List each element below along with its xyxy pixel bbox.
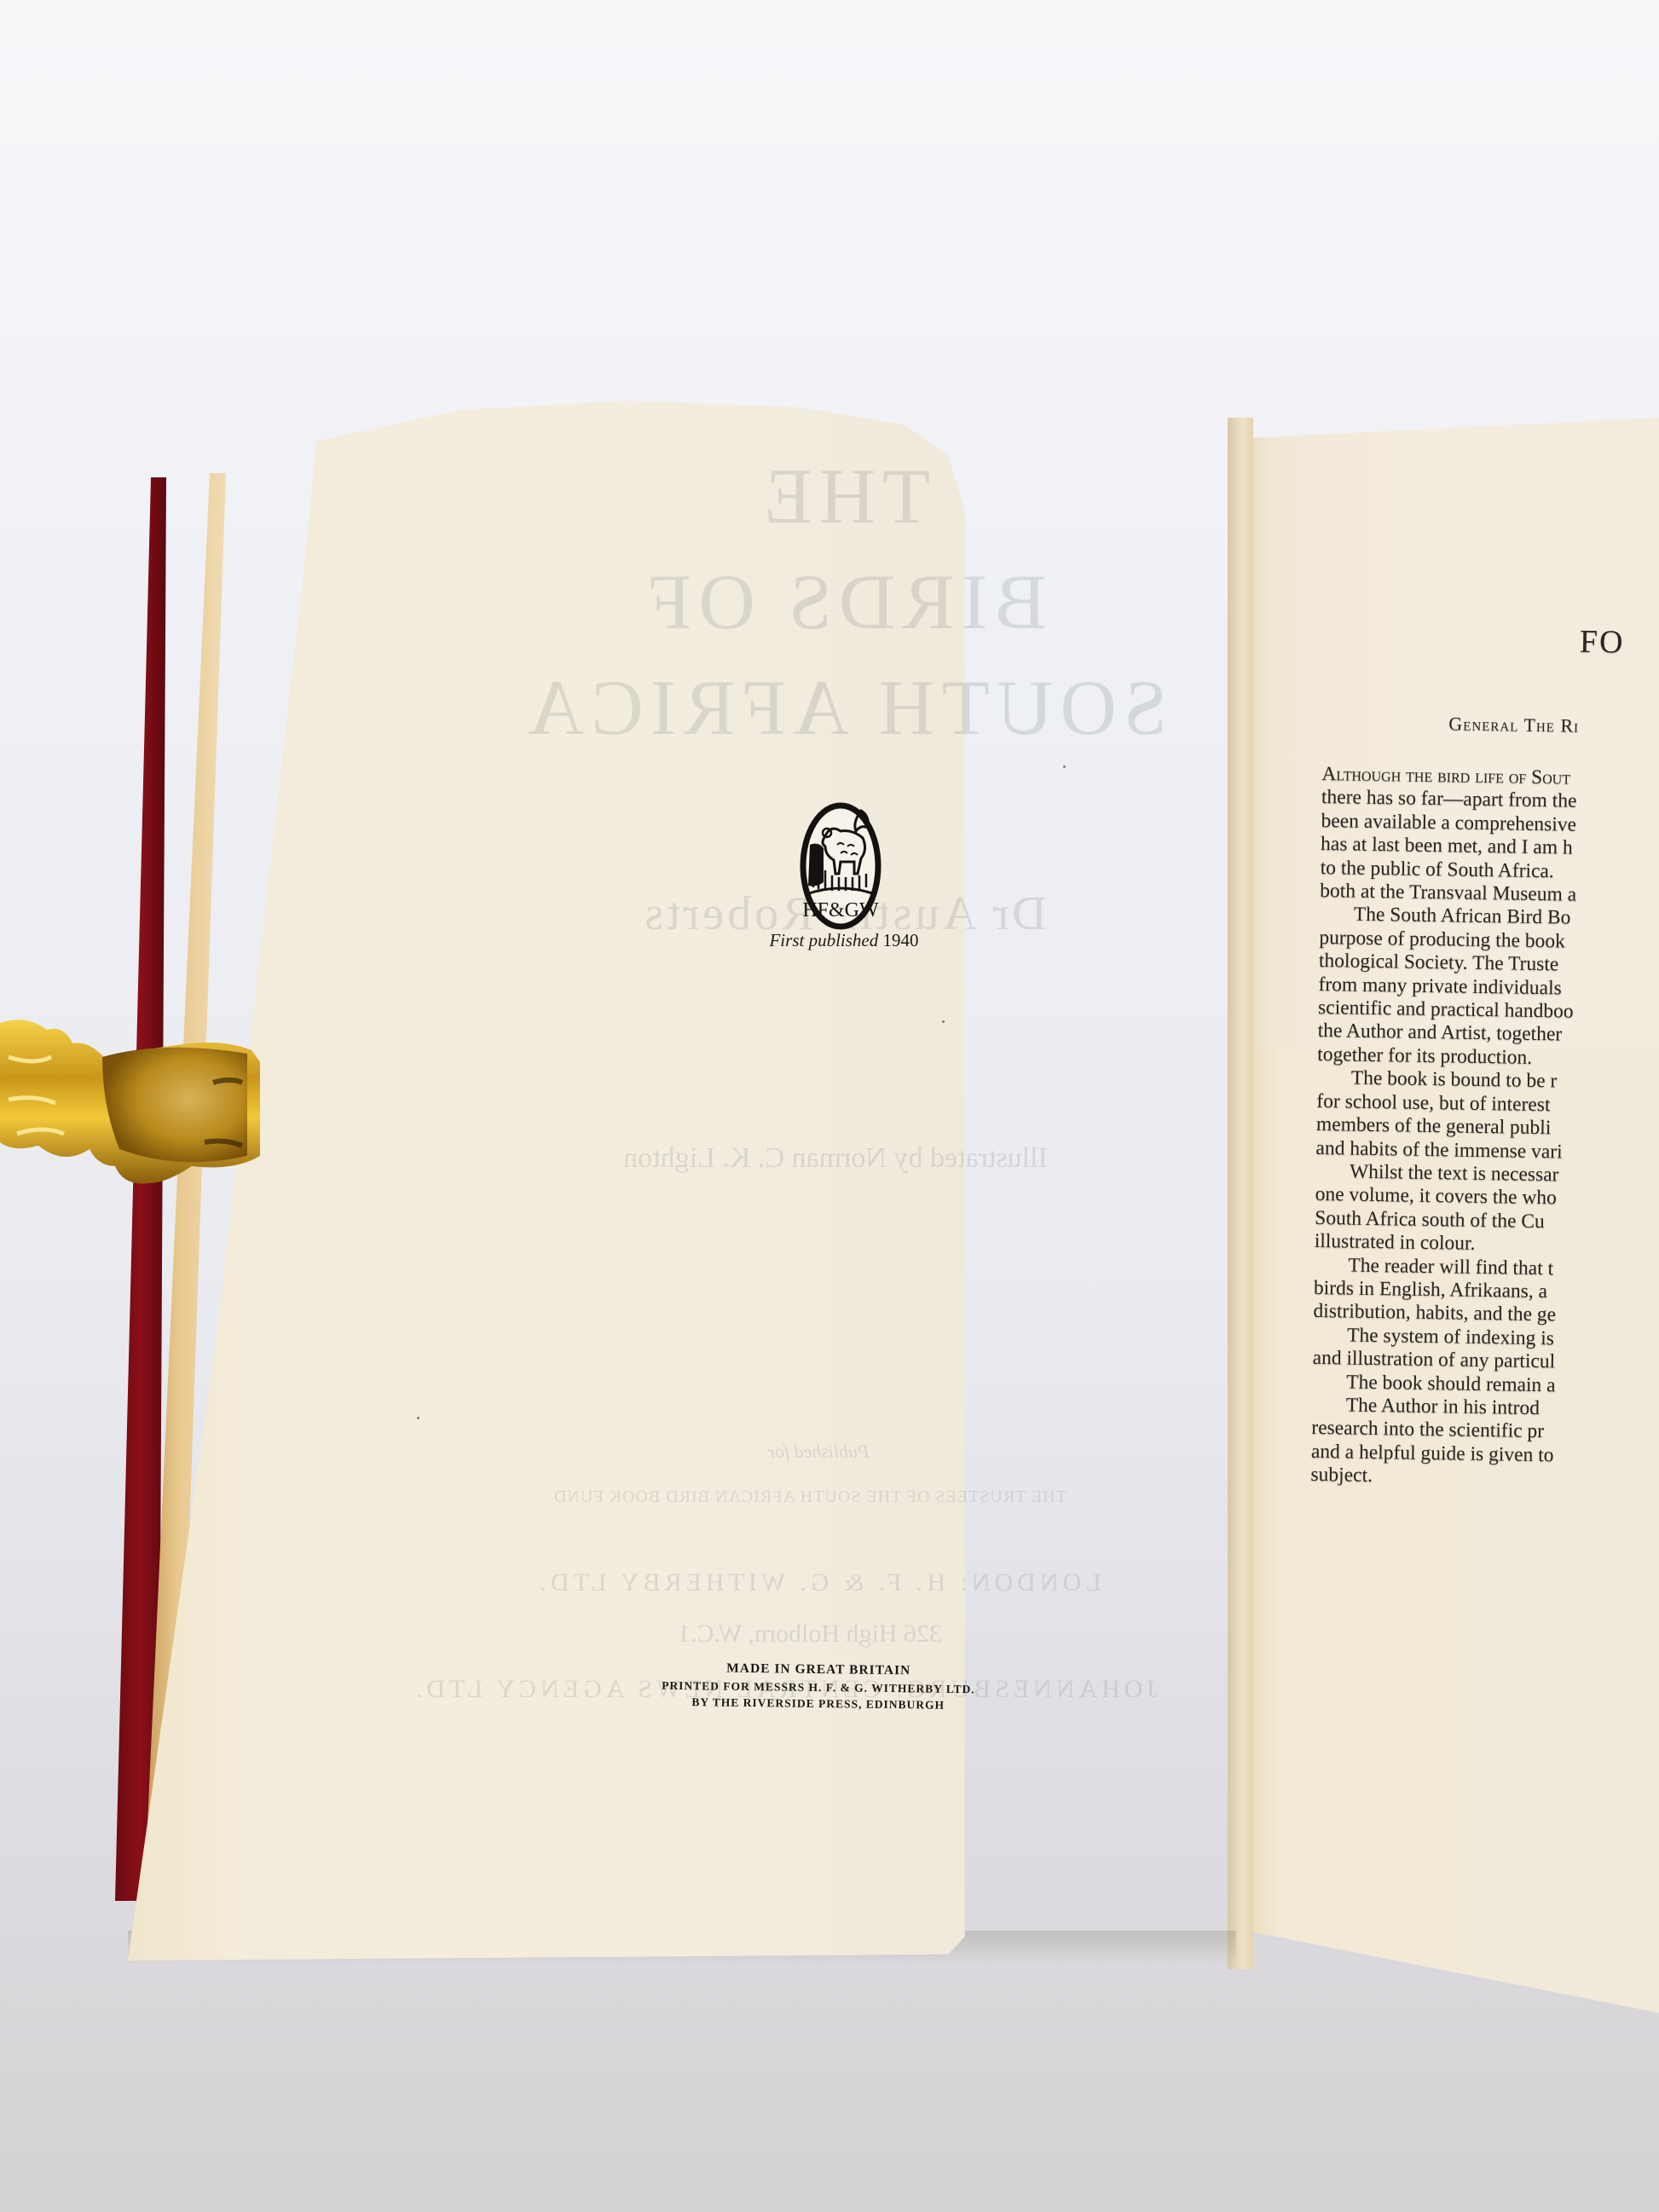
bleed-title-line: BIRDS OF xyxy=(503,549,1185,655)
text-line: subject. xyxy=(1310,1464,1567,1491)
printer-imprint: MADE IN GREAT BRITAIN PRINTED FOR MESSRS… xyxy=(580,1658,1058,1715)
foreword-body: Although the bird life of Sout there has… xyxy=(1310,763,1578,1491)
first-published-line: First published 1940 xyxy=(733,930,955,951)
first-published-label: First published xyxy=(769,930,878,950)
bleed-through-address: 326 High Holborn, W.C.1 xyxy=(512,1620,1108,1649)
paper-speck xyxy=(942,1020,945,1023)
text-line: and illustration of any particul xyxy=(1312,1347,1569,1374)
bleed-title-line: THE xyxy=(503,443,1185,549)
publisher-ram-logo-icon: HF&GW xyxy=(800,802,882,930)
book-gutter xyxy=(1228,418,1253,1969)
paper-speck xyxy=(417,1417,419,1419)
text-line: thological Society. The Truste xyxy=(1319,950,1575,977)
brass-page-clip-icon xyxy=(0,1006,269,1210)
text-line: Although the bird life of Sout xyxy=(1321,763,1570,789)
text-line: distribution, habits, and the ge xyxy=(1313,1300,1569,1327)
bleed-title-line: SOUTH AFRICA xyxy=(503,655,1185,760)
publisher-monogram: HF&GW xyxy=(802,899,879,921)
text-line: illustrated in colour. xyxy=(1315,1230,1571,1257)
bleed-through-london: LONDON: H. F. & G. WITHERBY LTD. xyxy=(477,1568,1159,1597)
bleed-through-trustees: THE TRUSTEES OF THE SOUTH AFRICAN BIRD B… xyxy=(426,1487,1194,1507)
text-line: research into the scientific pr xyxy=(1311,1417,1568,1444)
bleed-through-title: THE BIRDS OF SOUTH AFRICA xyxy=(503,443,1185,760)
text-line: The book is bound to be r xyxy=(1317,1066,1574,1094)
text-line: members of the general publi xyxy=(1316,1113,1573,1141)
bleed-through-illustrator: Illustrated by Norman C. K. Lighton xyxy=(512,1142,1159,1175)
text-line: one volume, it covers the who xyxy=(1315,1183,1571,1210)
foreword-subheading: General The Ri xyxy=(1448,712,1579,737)
text-line: has at last been met, and I am h xyxy=(1321,833,1577,860)
bleed-through-published-for: Published for xyxy=(580,1441,1057,1463)
first-published-year: 1940 xyxy=(883,930,919,950)
paper-speck xyxy=(1063,765,1066,768)
foreword-heading: FO xyxy=(1580,631,1625,655)
